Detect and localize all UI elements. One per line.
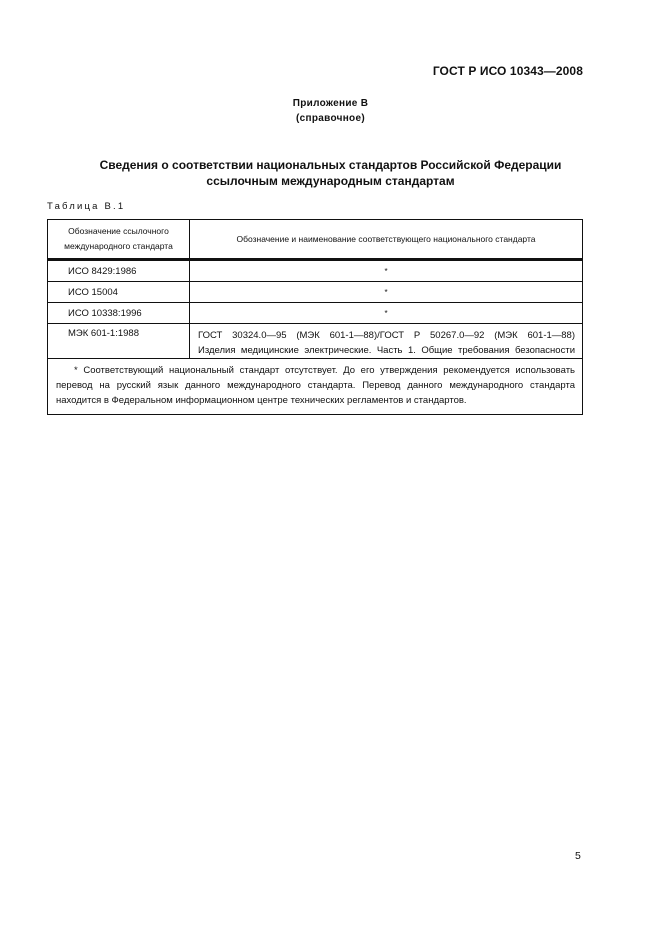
international-standard-cell: ИСО 15004 (48, 282, 190, 303)
table-header-row: Обозначение ссылочного международного ст… (48, 220, 583, 260)
national-standard-cell: * (190, 282, 583, 303)
section-title-line-2: ссылочным международным стандартам (0, 173, 661, 189)
column-header-international: Обозначение ссылочного международного ст… (48, 220, 190, 260)
international-standard-cell: МЭК 601-1:1988 (48, 324, 190, 359)
document-code: ГОСТ Р ИСО 10343—2008 (433, 64, 583, 78)
footnote-text: * Соответствующий национальный стандарт … (56, 363, 575, 408)
standards-table: Обозначение ссылочного международного ст… (47, 219, 583, 415)
international-standard-cell: ИСО 8429:1986 (48, 260, 190, 282)
international-standard-cell: ИСО 10338:1996 (48, 303, 190, 324)
national-standard-designation: ГОСТ 30324.0—95 (МЭК 601-1—88)/ГОСТ Р 50… (198, 328, 575, 343)
national-standard-cell: * (190, 303, 583, 324)
column-header-national: Обозначение и наименование соответствующ… (190, 220, 583, 260)
page-number: 5 (575, 850, 581, 862)
table-footnote: * Соответствующий национальный стандарт … (48, 359, 583, 415)
appendix-title: Приложение В (0, 96, 661, 111)
table-row: МЭК 601-1:1988 ГОСТ 30324.0—95 (МЭК 601-… (48, 324, 583, 359)
column-header-line: Обозначение ссылочного (48, 224, 189, 239)
table-row: ИСО 10338:1996 * (48, 303, 583, 324)
column-header-line: международного стандарта (48, 239, 189, 254)
national-standard-title: Изделия медицинские электрические. Часть… (198, 343, 575, 358)
appendix-heading: Приложение В (справочное) (0, 96, 661, 126)
table-row: ИСО 8429:1986 * (48, 260, 583, 282)
section-title-line-1: Сведения о соответствии национальных ста… (0, 157, 661, 173)
table-footnote-row: * Соответствующий национальный стандарт … (48, 359, 583, 415)
table-row: ИСО 15004 * (48, 282, 583, 303)
national-standard-cell: * (190, 260, 583, 282)
table-caption: Таблица В.1 (47, 201, 125, 212)
national-standard-cell: ГОСТ 30324.0—95 (МЭК 601-1—88)/ГОСТ Р 50… (190, 324, 583, 359)
appendix-subtitle: (справочное) (0, 111, 661, 126)
section-title: Сведения о соответствии национальных ста… (0, 157, 661, 189)
